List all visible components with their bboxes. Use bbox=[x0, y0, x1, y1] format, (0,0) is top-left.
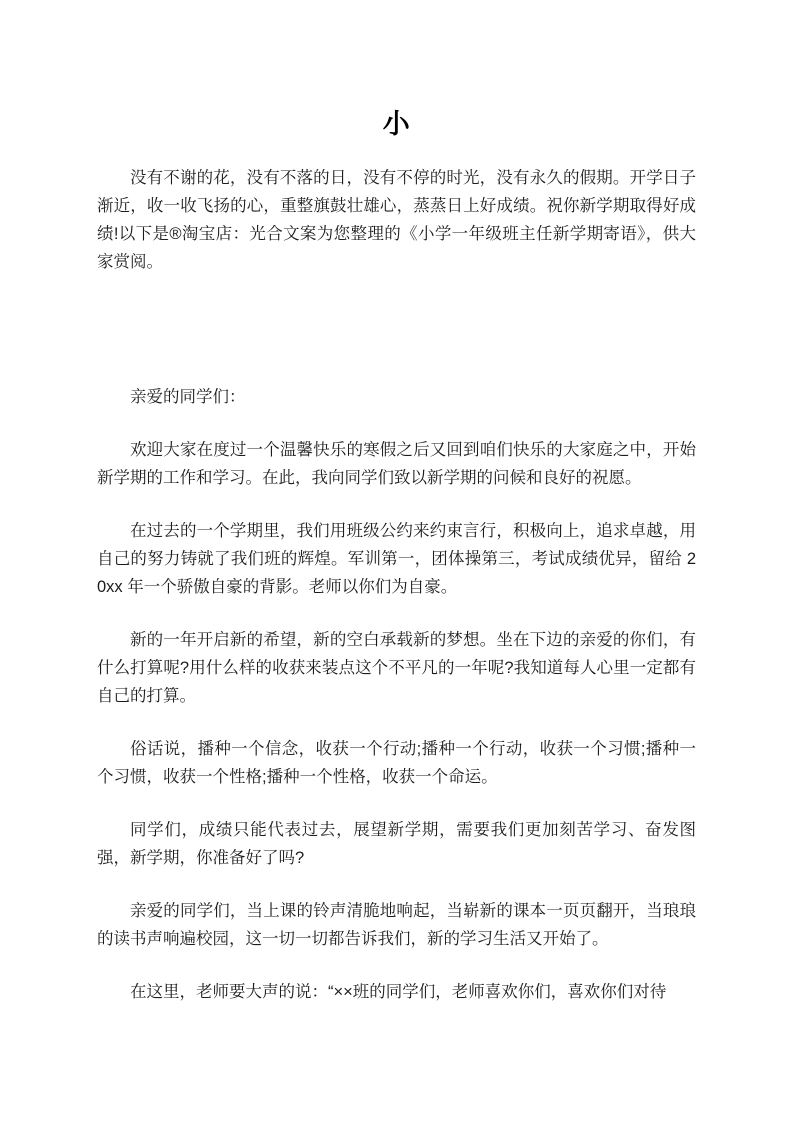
blank-space bbox=[97, 301, 696, 383]
outlook-paragraph: 同学们，成绩只能代表过去，展望新学期，需要我们更加刻苦学习、奋发图强，新学期，你… bbox=[97, 816, 696, 872]
school-bell-paragraph: 亲爱的同学们，当上课的铃声清脆地响起，当崭新的课本一页页翻开，当琅琅的读书声响遍… bbox=[97, 897, 696, 953]
welcome-paragraph: 欢迎大家在度过一个温馨快乐的寒假之后又回到咱们快乐的大家庭之中，开始新学期的工作… bbox=[97, 436, 696, 492]
teacher-speech-paragraph: 在这里，老师要大声的说：“××班的同学们，老师喜欢你们，喜欢你们对待 bbox=[97, 978, 696, 1006]
proverb-paragraph: 俗话说，播种一个信念，收获一个行动;播种一个行动，收获一个习惯;播种一个习惯，收… bbox=[97, 735, 696, 791]
document-title: 小 bbox=[97, 104, 696, 144]
new-year-hope-paragraph: 新的一年开启新的希望，新的空白承载新的梦想。坐在下边的亲爱的你们，有什么打算呢?… bbox=[97, 626, 696, 710]
intro-paragraph: 没有不谢的花，没有不落的日，没有不停的时光，没有永久的假期。开学日子渐近，收一收… bbox=[97, 164, 696, 276]
past-semester-paragraph: 在过去的一个学期里，我们用班级公约来约束言行，积极向上，追求卓越，用自己的努力铸… bbox=[97, 517, 696, 601]
document-page: 小 /* title bound below via full path; pl… bbox=[0, 0, 793, 1122]
salutation-paragraph: 亲爱的同学们： bbox=[97, 383, 696, 411]
